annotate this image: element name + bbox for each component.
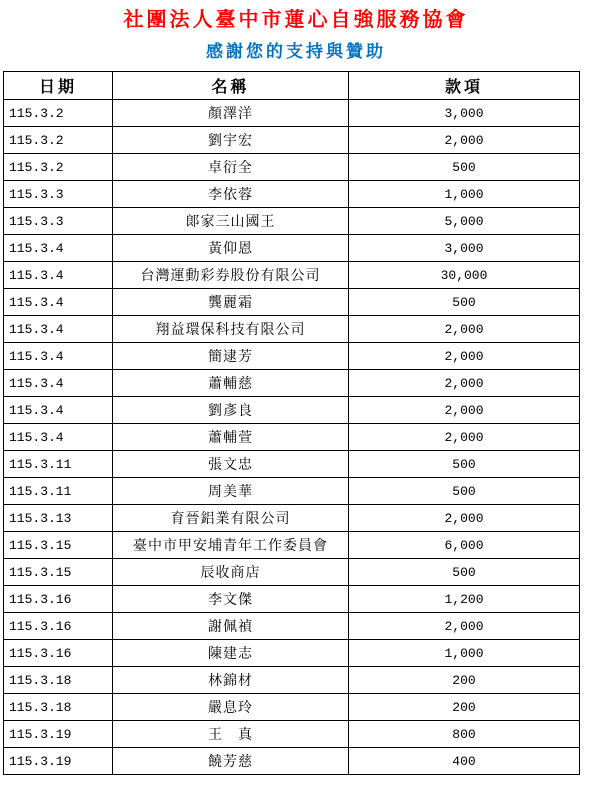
amount-cell: 3,000: [349, 235, 580, 262]
name-cell: 李依蓉: [113, 181, 349, 208]
table-row: 115.3.16謝佩禎2,000: [4, 613, 580, 640]
amount-cell: 2,000: [349, 316, 580, 343]
date-cell: 115.3.3: [4, 181, 113, 208]
table-row: 115.3.15臺中市甲安埔青年工作委員會6,000: [4, 532, 580, 559]
name-cell: 陳建志: [113, 640, 349, 667]
date-cell: 115.3.2: [4, 154, 113, 181]
amount-cell: 200: [349, 667, 580, 694]
name-cell: 劉宇宏: [113, 127, 349, 154]
table-row: 115.3.19王 真800: [4, 721, 580, 748]
table-row: 115.3.13育晉鋁業有限公司2,000: [4, 505, 580, 532]
table-row: 115.3.18林錦材200: [4, 667, 580, 694]
date-cell: 115.3.3: [4, 208, 113, 235]
donation-table-head: 日期 名稱 款項: [4, 72, 580, 100]
table-row: 115.3.11周美華500: [4, 478, 580, 505]
name-cell: 王 真: [113, 721, 349, 748]
date-cell: 115.3.19: [4, 721, 113, 748]
name-cell: 卓衍全: [113, 154, 349, 181]
table-row: 115.3.4台灣運動彩券股份有限公司30,000: [4, 262, 580, 289]
name-cell: 黃仰恩: [113, 235, 349, 262]
name-cell: 張文忠: [113, 451, 349, 478]
table-row: 115.3.11張文忠500: [4, 451, 580, 478]
table-row: 115.3.2劉宇宏2,000: [4, 127, 580, 154]
date-cell: 115.3.13: [4, 505, 113, 532]
name-cell: 嚴息玲: [113, 694, 349, 721]
table-row: 115.3.3郞家三山國王5,000: [4, 208, 580, 235]
date-cell: 115.3.4: [4, 316, 113, 343]
date-cell: 115.3.19: [4, 748, 113, 775]
date-cell: 115.3.4: [4, 235, 113, 262]
date-cell: 115.3.2: [4, 100, 113, 127]
table-row: 115.3.3李依蓉1,000: [4, 181, 580, 208]
name-cell: 辰收商店: [113, 559, 349, 586]
name-cell: 龔麗霜: [113, 289, 349, 316]
table-row: 115.3.4翔益環保科技有限公司2,000: [4, 316, 580, 343]
name-cell: 台灣運動彩券股份有限公司: [113, 262, 349, 289]
name-cell: 劉彥良: [113, 397, 349, 424]
amount-cell: 500: [349, 289, 580, 316]
name-cell: 蕭輔慈: [113, 370, 349, 397]
amount-cell: 2,000: [349, 424, 580, 451]
amount-cell: 200: [349, 694, 580, 721]
name-cell: 林錦材: [113, 667, 349, 694]
name-cell: 顏澤洋: [113, 100, 349, 127]
name-cell: 謝佩禎: [113, 613, 349, 640]
table-row: 115.3.4龔麗霜500: [4, 289, 580, 316]
amount-cell: 3,000: [349, 100, 580, 127]
table-row: 115.3.16李文傑1,200: [4, 586, 580, 613]
table-row: 115.3.4簡逮芳2,000: [4, 343, 580, 370]
table-row: 115.3.4蕭輔萱2,000: [4, 424, 580, 451]
date-cell: 115.3.11: [4, 478, 113, 505]
table-row: 115.3.2卓衍全500: [4, 154, 580, 181]
date-cell: 115.3.4: [4, 262, 113, 289]
name-cell: 郞家三山國王: [113, 208, 349, 235]
name-cell: 周美華: [113, 478, 349, 505]
amount-cell: 2,000: [349, 343, 580, 370]
amount-cell: 6,000: [349, 532, 580, 559]
date-column-header: 日期: [4, 72, 113, 100]
amount-cell: 500: [349, 478, 580, 505]
table-body: 115.3.2顏澤洋3,000115.3.2劉宇宏2,000115.3.2卓衍全…: [4, 100, 580, 775]
amount-cell: 1,000: [349, 181, 580, 208]
amount-cell: 2,000: [349, 397, 580, 424]
table-row: 115.3.2顏澤洋3,000: [4, 100, 580, 127]
donation-acknowledgement-page: 社團法人臺中市蓮心自強服務協會 感謝您的支持與贊助 日期 名稱 款項 115.3…: [0, 0, 592, 794]
date-cell: 115.3.4: [4, 370, 113, 397]
date-cell: 115.3.16: [4, 640, 113, 667]
amount-cell: 400: [349, 748, 580, 775]
page-subtitle: 感謝您的支持與贊助: [0, 40, 592, 64]
amount-cell: 30,000: [349, 262, 580, 289]
amount-column-header: 款項: [349, 72, 580, 100]
name-cell: 饒芳慈: [113, 748, 349, 775]
donation-table: 日期 名稱 款項 115.3.2顏澤洋3,000115.3.2劉宇宏2,0001…: [3, 71, 580, 775]
table-row: 115.3.19饒芳慈400: [4, 748, 580, 775]
amount-cell: 1,200: [349, 586, 580, 613]
amount-cell: 2,000: [349, 505, 580, 532]
amount-cell: 2,000: [349, 370, 580, 397]
date-cell: 115.3.4: [4, 289, 113, 316]
name-cell: 育晉鋁業有限公司: [113, 505, 349, 532]
date-cell: 115.3.16: [4, 613, 113, 640]
date-cell: 115.3.18: [4, 694, 113, 721]
table-row: 115.3.4劉彥良2,000: [4, 397, 580, 424]
date-cell: 115.3.11: [4, 451, 113, 478]
amount-cell: 500: [349, 154, 580, 181]
name-column-header: 名稱: [113, 72, 349, 100]
page-title: 社團法人臺中市蓮心自強服務協會: [0, 6, 592, 34]
date-cell: 115.3.4: [4, 343, 113, 370]
amount-cell: 5,000: [349, 208, 580, 235]
table-row: 115.3.18嚴息玲200: [4, 694, 580, 721]
name-cell: 翔益環保科技有限公司: [113, 316, 349, 343]
amount-cell: 800: [349, 721, 580, 748]
amount-cell: 2,000: [349, 613, 580, 640]
date-cell: 115.3.18: [4, 667, 113, 694]
amount-cell: 1,000: [349, 640, 580, 667]
amount-cell: 2,000: [349, 127, 580, 154]
amount-cell: 500: [349, 451, 580, 478]
table-row: 115.3.4蕭輔慈2,000: [4, 370, 580, 397]
date-cell: 115.3.2: [4, 127, 113, 154]
name-cell: 簡逮芳: [113, 343, 349, 370]
table-row: 115.3.16陳建志1,000: [4, 640, 580, 667]
name-cell: 臺中市甲安埔青年工作委員會: [113, 532, 349, 559]
date-cell: 115.3.15: [4, 532, 113, 559]
table-row: 115.3.4黃仰恩3,000: [4, 235, 580, 262]
date-cell: 115.3.15: [4, 559, 113, 586]
table-row: 115.3.15辰收商店500: [4, 559, 580, 586]
name-cell: 李文傑: [113, 586, 349, 613]
date-cell: 115.3.4: [4, 397, 113, 424]
date-cell: 115.3.16: [4, 586, 113, 613]
amount-cell: 500: [349, 559, 580, 586]
name-cell: 蕭輔萱: [113, 424, 349, 451]
date-cell: 115.3.4: [4, 424, 113, 451]
header-row: 日期 名稱 款項: [4, 72, 580, 100]
